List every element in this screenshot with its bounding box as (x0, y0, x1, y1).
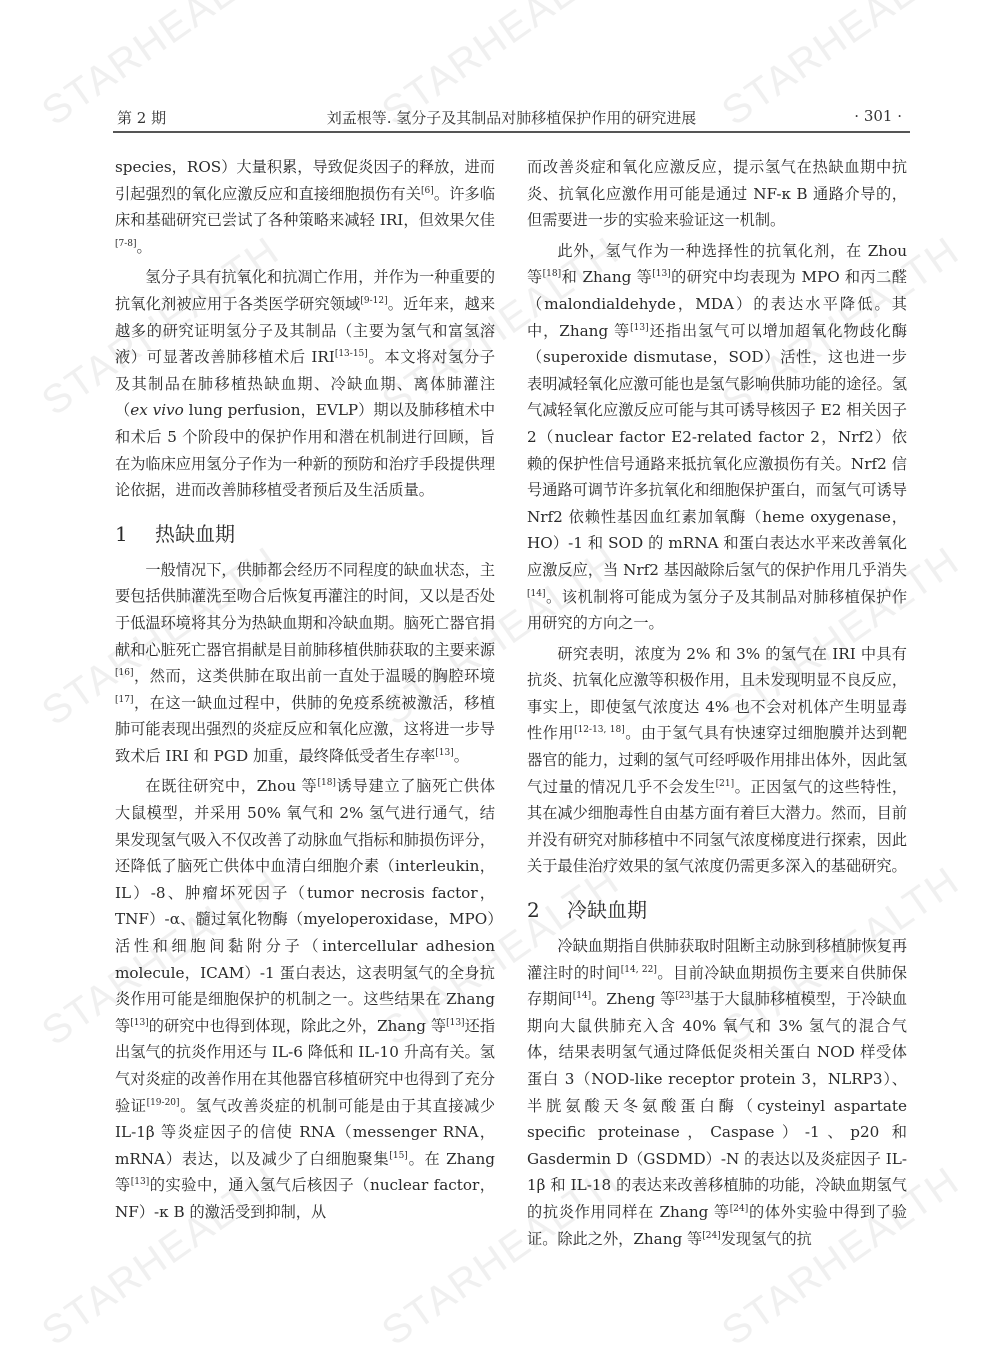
citation[interactable]: [9-12] (360, 296, 387, 306)
running-title: 刘孟根等. 氢分子及其制品对肺移植保护作用的研究进展 (113, 107, 910, 128)
running-header: 第 2 期 刘孟根等. 氢分子及其制品对肺移植保护作用的研究进展 · 301 · (113, 103, 910, 133)
citation[interactable]: [13] (446, 1018, 464, 1028)
paragraph: 冷缺血期指自供肺获取时阻断主动脉到移植肺恢复再灌注时的时间[14, 22]。目前… (527, 933, 907, 1252)
citation[interactable]: [13-15] (335, 349, 368, 359)
paragraph: species，ROS）大量积累，导致促炎因子的释放，进而引起强烈的氧化应激反应… (115, 154, 495, 260)
citation[interactable]: [21] (716, 779, 734, 789)
citation[interactable]: [24] (702, 1231, 720, 1241)
section-heading-2: 2冷缺血期 (527, 894, 907, 923)
citation[interactable]: [19-20] (147, 1098, 180, 1108)
paragraph: 一般情况下，供肺都会经历不同程度的缺血状态，主要包括供肺灌洗至吻合后恢复再灌注的… (115, 557, 495, 770)
citation[interactable]: [14] (527, 589, 545, 599)
citation[interactable]: [14, 22] (621, 965, 657, 975)
paragraph: 研究表明，浓度为 2% 和 3% 的氢气在 IRI 中具有抗炎、抗氧化应激等积极… (527, 641, 907, 880)
citation[interactable]: [13] (652, 269, 670, 279)
paragraph: 而改善炎症和氧化应激反应，提示氢气在热缺血期中抗炎、抗氧化应激作用可能是通过 N… (527, 154, 907, 234)
citation[interactable]: [6] (421, 186, 434, 196)
citation[interactable]: [13] (131, 1177, 149, 1187)
paragraph: 此外，氢气作为一种选择性的抗氧化剂，在 Zhou 等[18]和 Zhang 等[… (527, 238, 907, 637)
citation[interactable]: [16] (115, 668, 133, 678)
citation[interactable]: [13] (435, 748, 453, 758)
citation[interactable]: [17] (115, 695, 133, 705)
citation[interactable]: [13] (130, 1018, 148, 1028)
left-column: species，ROS）大量积累，导致促炎因子的释放，进而引起强烈的氧化应激反应… (115, 154, 495, 1226)
paragraph: 在既往研究中，Zhou 等[18]诱导建立了脑死亡供体大鼠模型，并采用 50% … (115, 773, 495, 1225)
page-number: · 301 · (854, 107, 902, 125)
citation[interactable]: [13] (630, 323, 648, 333)
citation[interactable]: [23] (675, 991, 693, 1001)
citation[interactable]: [18] (317, 778, 335, 788)
section-heading-1: 1热缺血期 (115, 518, 495, 547)
citation[interactable]: [12-13, 18] (574, 725, 625, 735)
citation[interactable]: [14] (573, 991, 591, 1001)
citation[interactable]: [15] (389, 1151, 407, 1161)
citation[interactable]: [24] (730, 1204, 748, 1214)
right-column: 而改善炎症和氧化应激反应，提示氢气在热缺血期中抗炎、抗氧化应激作用可能是通过 N… (527, 154, 907, 1252)
citation[interactable]: [18] (543, 269, 561, 279)
paragraph: 氢分子具有抗氧化和抗凋亡作用，并作为一种重要的抗氧化剂被应用于各类医学研究领域[… (115, 264, 495, 503)
citation[interactable]: [7-8] (115, 239, 137, 249)
